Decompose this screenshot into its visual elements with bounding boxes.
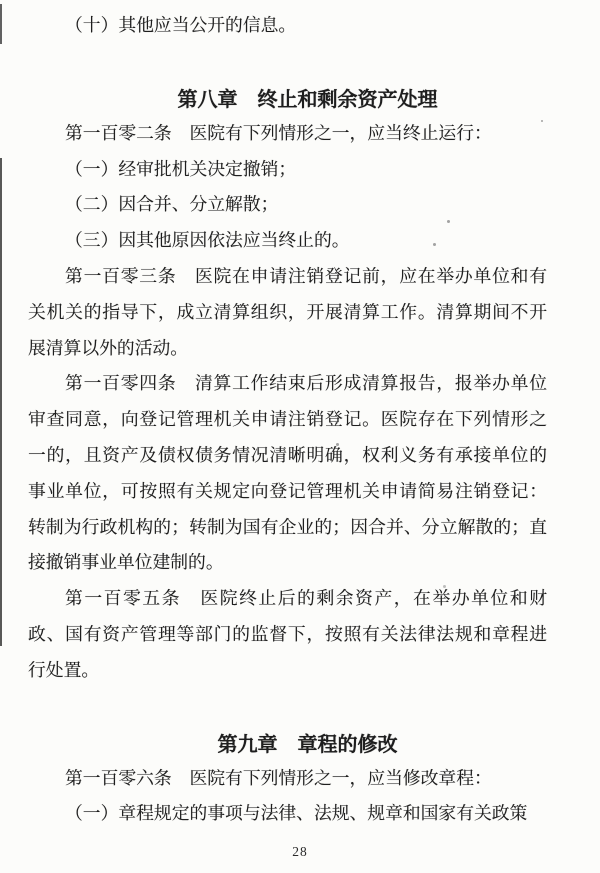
document-line: 政、国有资产管理等部门的监督下，按照有关法律法规和章程进	[28, 617, 547, 653]
document-text-block: （十）其他应当公开的信息。第八章 终止和剩余资产处理第一百零二条 医院有下列情形…	[28, 0, 547, 832]
document-line: 一的，且资产及债权债务情况清晰明确，权利义务有承接单位的	[28, 438, 547, 474]
document-line: 转制为行政机构的；转制为国有企业的；因合并、分立解散的；直	[28, 510, 547, 546]
document-line: 行处置。	[28, 653, 547, 689]
document-line: （一）章程规定的事项与法律、法规、规章和国家有关政策	[28, 796, 547, 832]
document-line: 展清算以外的活动。	[28, 331, 547, 367]
scan-artifact-line	[0, 4, 2, 44]
document-line: （二）因合并、分立解散；	[28, 187, 547, 223]
document-line: （一）经审批机关决定撤销；	[28, 152, 547, 188]
chapter-heading: 第九章 章程的修改	[28, 729, 547, 759]
scan-artifact-line	[0, 158, 2, 646]
document-line: 第一百零三条 医院在申请注销登记前，应在举办单位和有	[28, 259, 547, 295]
page-number: 28	[0, 844, 600, 860]
document-line: 第一百零二条 医院有下列情形之一，应当终止运行：	[28, 116, 547, 152]
document-line: 审查同意，向登记管理机关申请注销登记。医院存在下列情形之	[28, 402, 547, 438]
document-line: 事业单位，可按照有关规定向登记管理机关申请简易注销登记：	[28, 474, 547, 510]
document-line: 接撤销事业单位建制的。	[28, 545, 547, 581]
document-line: 关机关的指导下，成立清算组织，开展清算工作。清算期间不开	[28, 295, 547, 331]
document-page: （十）其他应当公开的信息。第八章 终止和剩余资产处理第一百零二条 医院有下列情形…	[0, 0, 600, 873]
document-line: 第一百零四条 清算工作结束后形成清算报告，报举办单位	[28, 366, 547, 402]
document-line: （十）其他应当公开的信息。	[28, 8, 547, 44]
document-line: 第一百零六条 医院有下列情形之一，应当修改章程：	[28, 761, 547, 797]
document-line: 第一百零五条 医院终止后的剩余资产，在举办单位和财	[28, 581, 547, 617]
document-line: （三）因其他原因依法应当终止的。	[28, 223, 547, 259]
chapter-heading: 第八章 终止和剩余资产处理	[28, 84, 547, 114]
